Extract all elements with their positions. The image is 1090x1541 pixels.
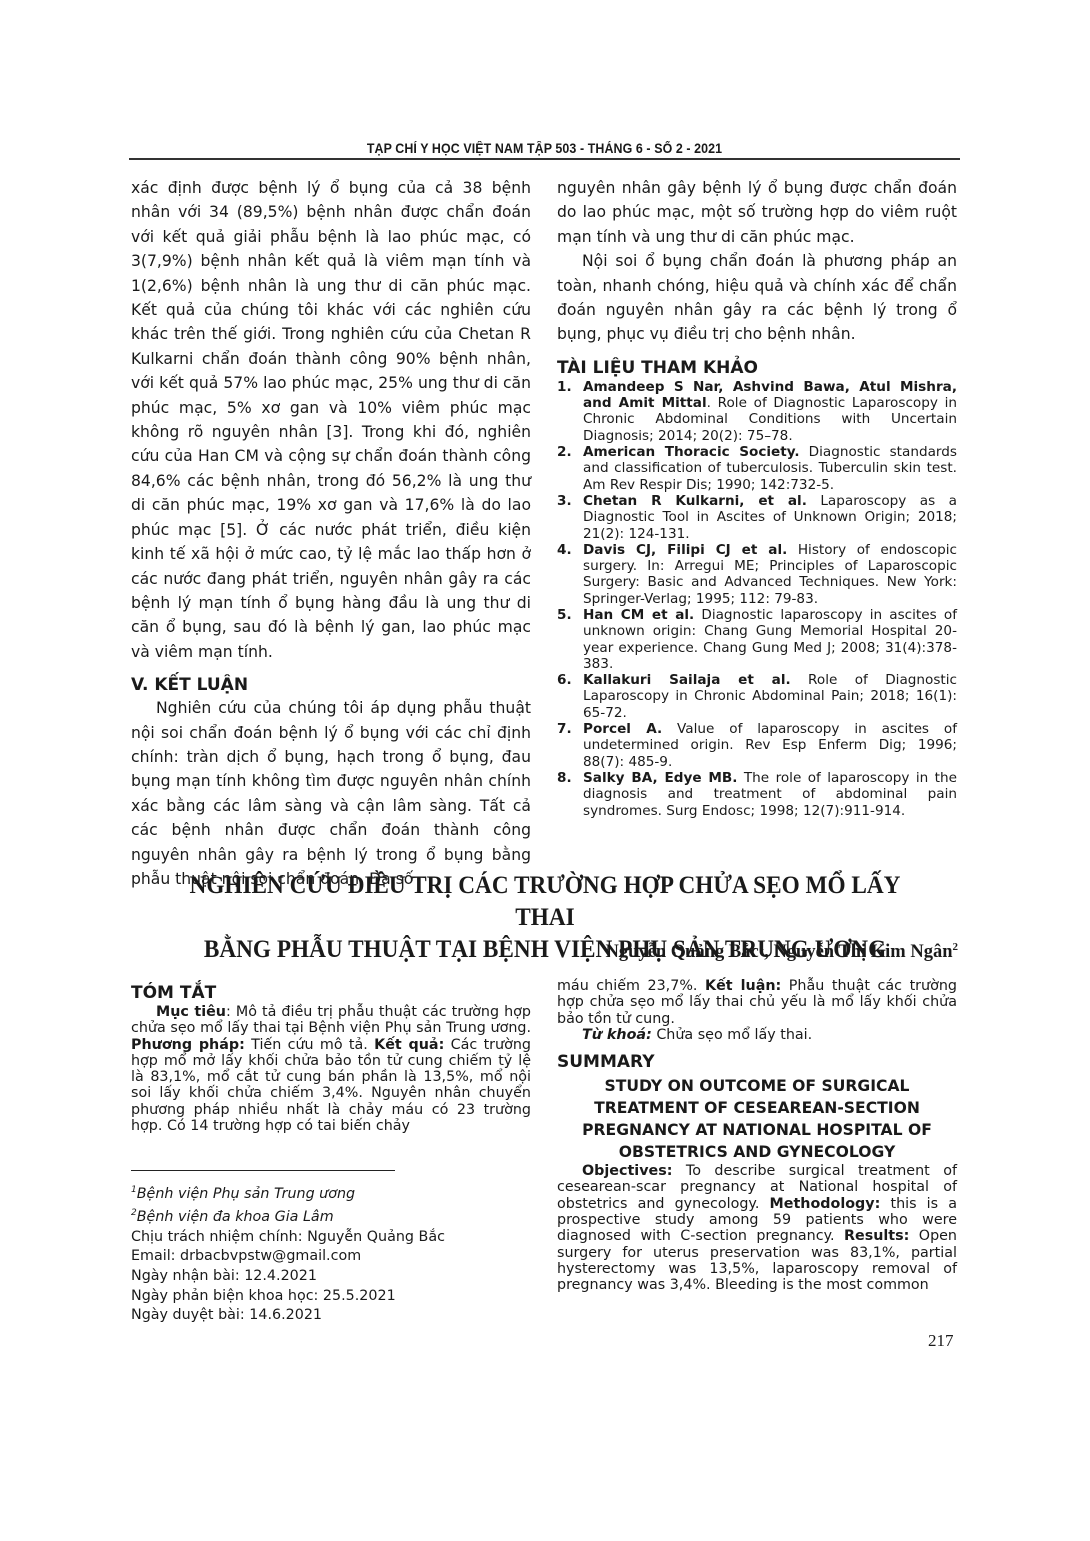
reference-number: 4. <box>557 542 583 607</box>
keywords: Từ khoá: Chửa sẹo mổ lấy thai. <box>557 1027 957 1043</box>
reference-item: 3. Chetan R Kulkarni, et al. Laparoscopy… <box>557 493 957 542</box>
abstract-right-column: máu chiếm 23,7%. Kết luận: Phẫu thuật cá… <box>557 978 957 1294</box>
reference-item: 4. Davis CJ, Filipi CJ et al. History of… <box>557 542 957 607</box>
affiliation-2-text: Bệnh viện đa khoa Gia Lâm <box>137 1209 334 1225</box>
email: Email: drbacbvpstw@gmail.com <box>131 1247 445 1267</box>
author-list: Nguyễn Quảng Bắc1, Nguyễn Thị Kim Ngân2 <box>606 941 958 963</box>
reference-number: 2. <box>557 444 583 493</box>
author-affiliation-sup: 2 <box>953 941 959 953</box>
conclusion-paragraph-2: Nội soi ổ bụng chẩn đoán là phương pháp … <box>557 249 957 347</box>
footnotes: 1Bệnh viện Phụ sản Trung ương 2Bệnh viện… <box>131 1181 445 1326</box>
objective-label: Mục tiêu <box>156 1004 226 1020</box>
reference-number: 5. <box>557 607 583 672</box>
objectives-label: Objectives: <box>582 1163 672 1179</box>
reference-item: 7. Porcel A. Value of laparoscopy in asc… <box>557 721 957 770</box>
methodology-label: Methodology: <box>770 1196 881 1212</box>
results-label-en: Results: <box>844 1228 909 1244</box>
prev-article-right-column: nguyên nhân gây bệnh lý ổ bụng được chẩn… <box>557 176 957 819</box>
affiliation-2: 2Bệnh viện đa khoa Gia Lâm <box>131 1204 445 1227</box>
reference-number: 6. <box>557 672 583 721</box>
reference-authors: Han CM et al. <box>583 607 694 623</box>
accepted-date: Ngày duyệt bài: 14.6.2021 <box>131 1306 445 1326</box>
references-heading: TÀI LIỆU THAM KHẢO <box>557 357 957 379</box>
author-name: Nguyễn Quảng Bắc <box>606 942 759 962</box>
reference-authors: American Thoracic Society. <box>583 444 800 460</box>
summary-paragraph: Objectives: To describe surgical treatme… <box>557 1163 957 1293</box>
reference-authors: Salky BA, Edye MB. <box>583 770 737 786</box>
results-continued: máu chiếm 23,7%. <box>557 978 705 994</box>
method-text: Tiến cứu mô tả. <box>245 1037 374 1053</box>
reference-item: 1. Amandeep S Nar, Ashvind Bawa, Atul Mi… <box>557 379 957 444</box>
keywords-text: Chửa sẹo mổ lấy thai. <box>652 1027 812 1043</box>
abstract-heading: TÓM TẮT <box>131 982 531 1004</box>
header-rule <box>129 158 960 160</box>
abstract-vi-continued: máu chiếm 23,7%. Kết luận: Phẫu thuật cá… <box>557 978 957 1027</box>
reference-number: 7. <box>557 721 583 770</box>
reference-item: 5. Han CM et al. Diagnostic laparoscopy … <box>557 607 957 672</box>
abstract-left-column: TÓM TẮT Mục tiêu: Mô tả điều trị phẫu th… <box>131 982 531 1134</box>
discussion-paragraph: xác định được bệnh lý ổ bụng của cả 38 b… <box>131 176 531 664</box>
reference-number: 3. <box>557 493 583 542</box>
reference-authors: Kallakuri Sailaja et al. <box>583 672 791 688</box>
affiliation-1-text: Bệnh viện Phụ sản Trung ương <box>137 1186 355 1202</box>
reference-item: 6. Kallakuri Sailaja et al. Role of Diag… <box>557 672 957 721</box>
keywords-label: Từ khoá: <box>582 1027 652 1043</box>
reference-authors: Porcel A. <box>583 721 662 737</box>
prev-article-left-column: xác định được bệnh lý ổ bụng của cả 38 b… <box>131 176 531 891</box>
affiliation-1: 1Bệnh viện Phụ sản Trung ương <box>131 1181 445 1204</box>
footnote-rule <box>131 1170 395 1171</box>
references-list: 1. Amandeep S Nar, Ashvind Bawa, Atul Mi… <box>557 379 957 819</box>
abstract-vi-paragraph: Mục tiêu: Mô tả điều trị phẫu thuật các … <box>131 1004 531 1134</box>
reference-authors: Chetan R Kulkarni, et al. <box>583 493 807 509</box>
article-title-line-1: NGHIÊN CỨU ĐIỀU TRỊ CÁC TRƯỜNG HỢP CHỬA … <box>159 870 931 934</box>
reference-item: 2. American Thoracic Society. Diagnostic… <box>557 444 957 493</box>
author-name: Nguyễn Thị Kim Ngân <box>773 942 952 962</box>
conclusion-continued: nguyên nhân gây bệnh lý ổ bụng được chẩn… <box>557 176 957 249</box>
conclusion-paragraph: Nghiên cứu của chúng tôi áp dụng phẫu th… <box>131 696 531 891</box>
page-number: 217 <box>928 1331 954 1351</box>
summary-title: STUDY ON OUTCOME OF SURGICAL TREATMENT O… <box>557 1075 957 1163</box>
results-label: Kết quả: <box>374 1037 444 1053</box>
running-head: TẠP CHÍ Y HỌC VIỆT NAM TẬP 503 - THÁNG 6… <box>162 141 927 156</box>
summary-heading: SUMMARY <box>557 1051 957 1073</box>
conclusion-label: Kết luận: <box>705 978 781 994</box>
corresponding-author: Chịu trách nhiệm chính: Nguyễn Quảng Bắc <box>131 1228 445 1248</box>
conclusion-heading: V. KẾT LUẬN <box>131 674 531 696</box>
reference-number: 8. <box>557 770 583 819</box>
method-label: Phương pháp: <box>131 1037 245 1053</box>
received-date: Ngày nhận bài: 12.4.2021 <box>131 1267 445 1287</box>
reference-authors: Davis CJ, Filipi CJ et al. <box>583 542 787 558</box>
reference-number: 1. <box>557 379 583 444</box>
reviewed-date: Ngày phản biện khoa học: 25.5.2021 <box>131 1287 445 1307</box>
reference-item: 8. Salky BA, Edye MB. The role of laparo… <box>557 770 957 819</box>
